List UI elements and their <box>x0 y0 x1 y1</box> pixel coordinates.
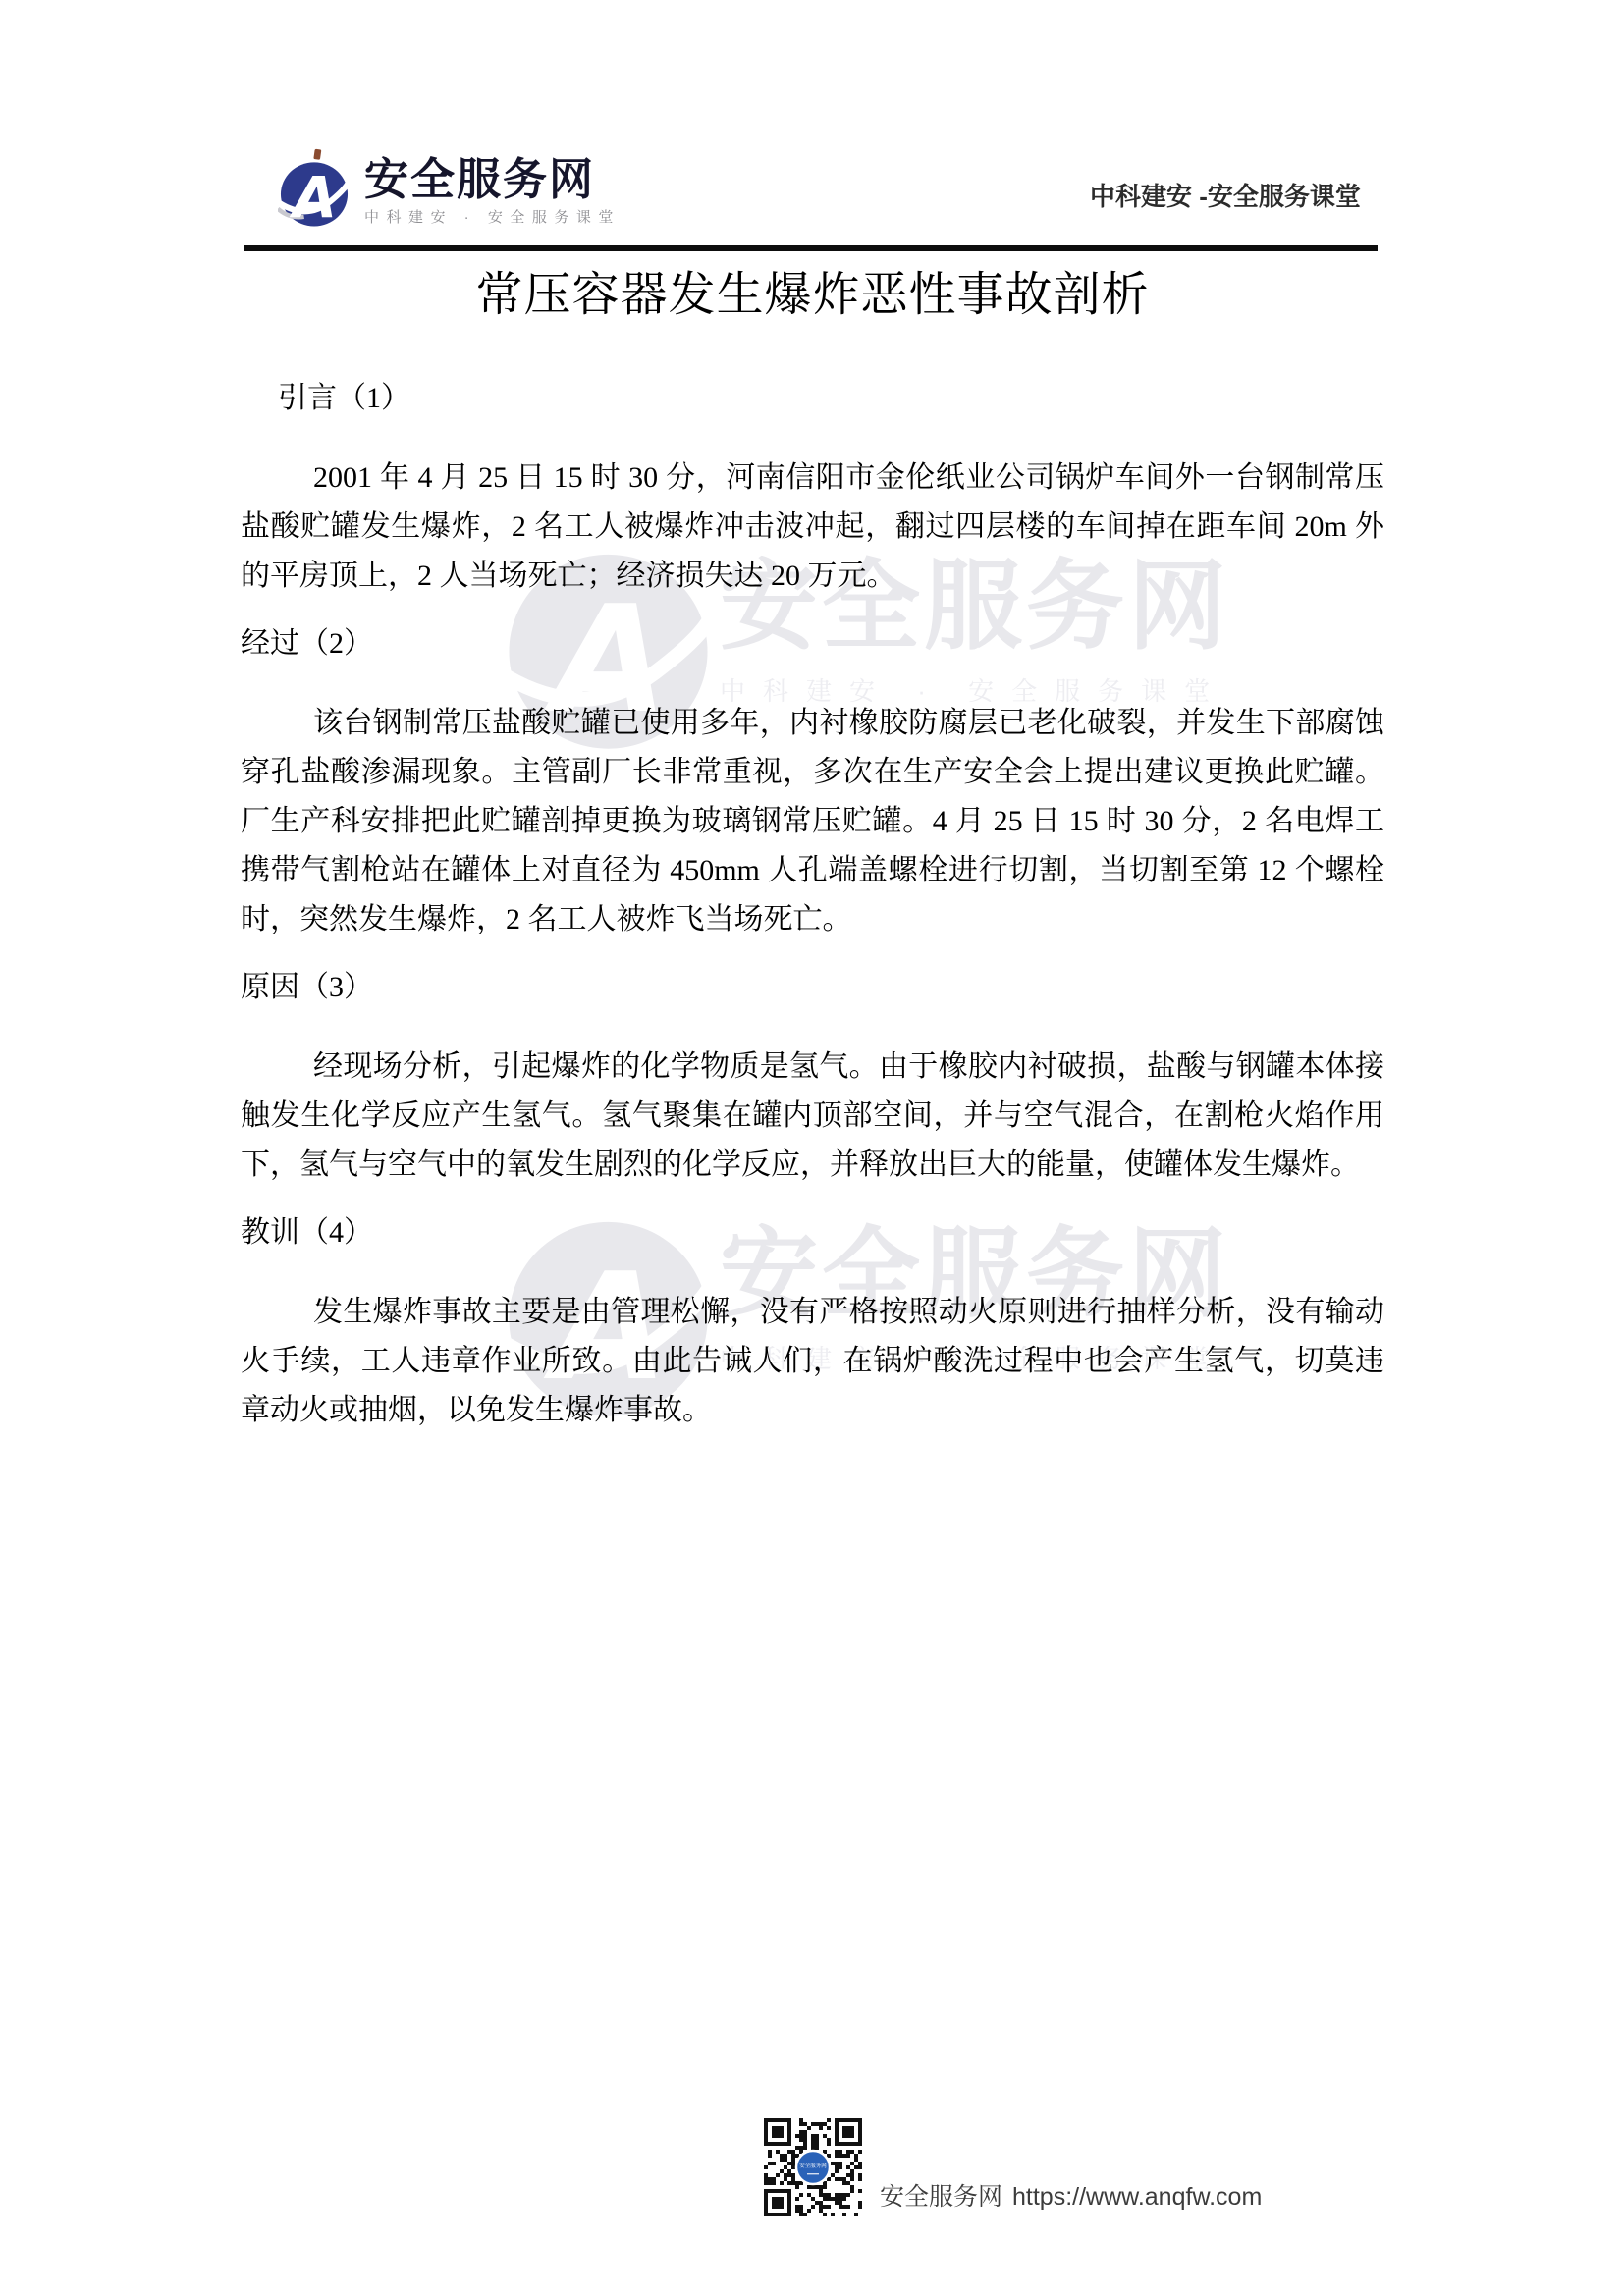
footer-site-name: 安全服务网 <box>880 2183 1002 2211</box>
logo-title: 安全服务网 <box>364 155 621 204</box>
logo-a-icon: A <box>278 147 351 230</box>
section-paragraph-course: 该台钢制常压盐酸贮罐已使用多年，内衬橡胶防腐层已老化破裂，并发生下部腐蚀穿孔盐酸… <box>241 699 1384 944</box>
qr-center-badge: 安全服务网 <box>796 2151 830 2184</box>
qr-center-label: 安全服务网 <box>799 2162 827 2169</box>
site-logo: A 安全服务网 中科建安 · 安全服务课堂 <box>278 147 621 230</box>
qr-finder-top-left <box>764 2118 791 2146</box>
section-heading-intro: 引言（1） <box>278 381 1384 416</box>
svg-text:A: A <box>289 164 337 230</box>
qr-finder-bottom-left <box>764 2189 791 2216</box>
qr-code: 安全服务网 <box>764 2118 862 2216</box>
section-paragraph-lesson: 发生爆炸事故主要是由管理松懈，没有严格按照动火原则进行抽样分析，没有输动火手续，… <box>241 1288 1384 1435</box>
document-content: 常压容器发生爆炸恶性事故剖析 引言（1） 2001 年 4 月 25 日 15 … <box>241 253 1384 1435</box>
page-title: 常压容器发生爆炸恶性事故剖析 <box>241 269 1384 322</box>
footer: 安全服务网 安全服务网https://www.anqfw.com <box>764 2118 1262 2216</box>
section-heading-lesson: 教训（4） <box>241 1215 1384 1251</box>
document-page: A 安全服务网 中科建安 · 安全服务课堂 中科建安 -安全服务课堂 A 安全服… <box>0 0 1624 2296</box>
footer-url: https://www.anqfw.com <box>1012 2183 1262 2211</box>
section-heading-cause: 原因（3） <box>241 970 1384 1005</box>
footer-site-line: 安全服务网https://www.anqfw.com <box>880 2177 1262 2213</box>
section-paragraph-intro: 2001 年 4 月 25 日 15 时 30 分，河南信阳市金伦纸业公司锅炉车… <box>241 454 1384 601</box>
logo-subtitle: 中科建安 · 安全服务课堂 <box>364 209 621 227</box>
section-heading-course: 经过（2） <box>241 626 1384 662</box>
section-paragraph-cause: 经现场分析，引起爆炸的化学物质是氢气。由于橡胶内衬破损，盐酸与钢罐本体接触发生化… <box>241 1042 1384 1190</box>
header-divider <box>244 245 1378 251</box>
header-course-label: 中科建安 -安全服务课堂 <box>1090 177 1347 213</box>
qr-finder-top-right <box>835 2118 862 2146</box>
